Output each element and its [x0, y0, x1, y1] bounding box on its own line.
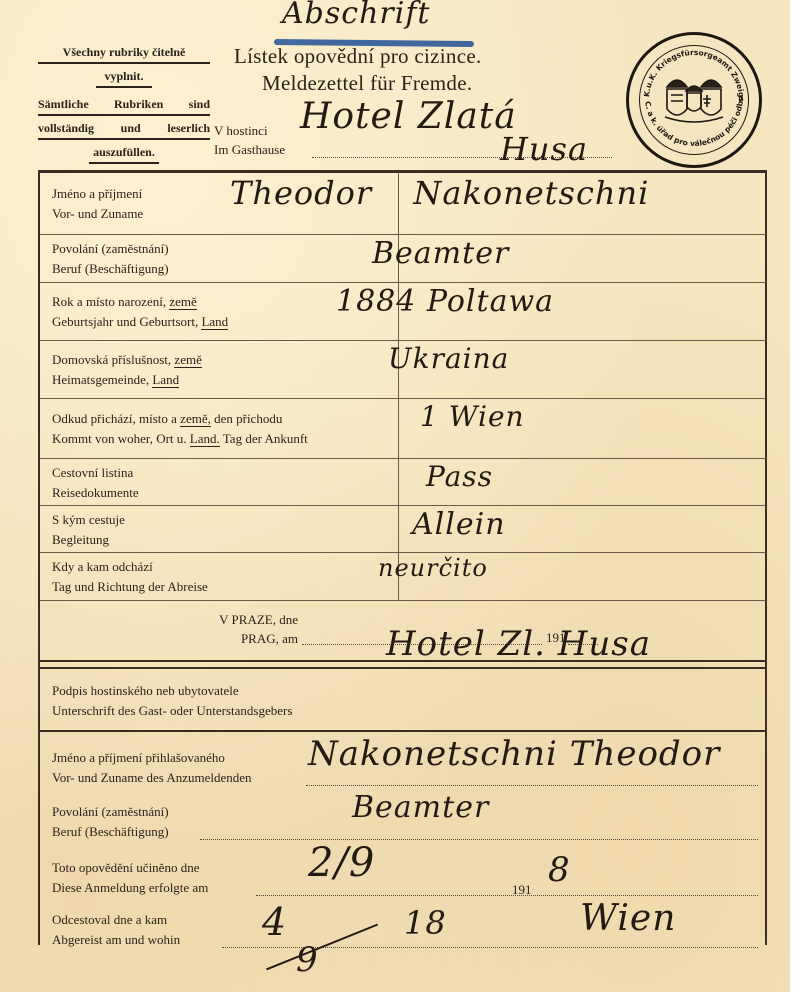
row-label-cz: S kým cestuje [52, 510, 125, 530]
registration-year-prefix: 191 [512, 882, 532, 898]
row-label: Rok a místo narození, zeměGeburtsjahr un… [52, 292, 228, 332]
row-label-cz-text: Domovská příslušnost, [52, 352, 174, 367]
lower-name-value: Nakonetschni Theodor [308, 734, 720, 774]
row-label-de-text: Heimatsgemeinde, [52, 372, 152, 387]
lower-row-label: Jméno a příjmení přihlašovanéhoVor- und … [52, 748, 252, 788]
row-label-de: Heimatsgemeinde, Land [52, 370, 202, 390]
row-divider [40, 282, 766, 283]
row-value-handwritten: 1884 Poltawa [336, 284, 554, 319]
row-label-de: Kommt von woher, Ort u. Land. Tag der An… [52, 429, 308, 449]
lower-row-label-de: Diese Anmeldung erfolgte am [52, 878, 208, 898]
coat-of-arms-seal-icon: K.u.K. Kriegsfürsorgeamt Zweigstelle Pra… [629, 35, 759, 165]
lower-row-label-de: Beruf (Beschäftigung) [52, 822, 169, 842]
row-label: Kdy a kam odcházíTag und Richtung der Ab… [52, 557, 208, 597]
inn-label-cz: V hostinci [214, 121, 285, 140]
lower-occupation-value: Beamter [352, 790, 489, 825]
lower-section-divider [40, 730, 766, 732]
row-label-de: Reisedokumente [52, 483, 139, 503]
lower-row-label-cz: Odcestoval dne a kam [52, 910, 180, 930]
signature-section-label: Podpis hostinského neb ubytovatele Unter… [52, 681, 292, 721]
row-label-cz-underlined: země, [180, 411, 211, 427]
inn-label-de: Im Gasthause [214, 140, 285, 159]
instruction-de-line1: Sämtliche Rubriken sind [38, 94, 210, 116]
row-label-cz: Kdy a kam odchází [52, 557, 208, 577]
departure-year-value: 18 [404, 904, 447, 942]
lower-row-label: Odcestoval dne a kamAbgereist am und woh… [52, 910, 180, 950]
row-label-de: Vor- und Zuname [52, 204, 143, 224]
row-value-handwritten: Beamter [372, 236, 509, 271]
lower-row-label-cz: Jméno a příjmení přihlašovaného [52, 748, 252, 768]
row-label-cz-underlined: země [169, 294, 196, 310]
registration-form-page: Abschrift Všechny rubriky čitelně vyplni… [0, 0, 790, 992]
row-label-de-text: Geburtsjahr und Geburtsort, [52, 314, 201, 329]
row-label-cz: Jméno a příjmení [52, 184, 143, 204]
lower-row-label: Toto opovědění učiněno dneDiese Anmeldun… [52, 858, 208, 898]
row-label: Povolání (zaměstnání)Beruf (Beschäftigun… [52, 239, 169, 279]
lower-row-dotted-line [200, 839, 758, 840]
registration-date-value: 2/9 [308, 840, 375, 886]
row-value-handwritten: Allein [412, 507, 506, 542]
row-value-handwritten: Pass [426, 460, 493, 493]
registration-year-suffix: 8 [548, 850, 571, 890]
table-top-border [38, 170, 766, 173]
row-divider [40, 600, 766, 601]
instruction-de-line2: vollständig und leserlich [38, 118, 210, 140]
row-label: Cestovní listinaReisedokumente [52, 463, 139, 503]
section-double-line-top [40, 660, 766, 662]
place-date-label-cz: V PRAZE, dne [192, 610, 298, 629]
section-double-line-bottom [40, 667, 766, 669]
title-cz: Lístek opovědní pro cizince. [234, 44, 482, 69]
row-label: S kým cestujeBegleitung [52, 510, 125, 550]
row-label-de-underlined: Land [152, 372, 179, 388]
row-value-handwritten: Theodor Nakonetschni [230, 174, 649, 212]
place-date-label-de: PRAG, am [192, 629, 298, 648]
row-label-cz-suffix: den příchodu [211, 411, 282, 426]
row-divider [40, 398, 766, 399]
official-stamp: K.u.K. Kriegsfürsorgeamt Zweigstelle Pra… [626, 32, 762, 168]
instruction-cz-line1: Všechny rubriky čitelně [38, 42, 210, 64]
lower-row-dotted-line [256, 895, 758, 896]
row-divider [40, 458, 766, 459]
row-label: Jméno a příjmeníVor- und Zuname [52, 184, 143, 224]
row-label-de-underlined: Land [201, 314, 228, 330]
lower-row-label-de: Vor- und Zuname des Anzumeldenden [52, 768, 252, 788]
title-de: Meldezettel für Fremde. [262, 71, 472, 96]
row-label: Odkud přichází, místo a země, den přícho… [52, 409, 308, 449]
row-value-handwritten: neurčito [378, 554, 488, 582]
inn-label: V hostinci Im Gasthause [214, 121, 285, 159]
departure-day-value: 4 [262, 900, 287, 944]
table-left-border [38, 170, 40, 945]
place-date-label: V PRAZE, dne PRAG, am [192, 610, 298, 648]
lower-row-label-de: Abgereist am und wohin [52, 930, 180, 950]
lower-row-dotted-line [306, 785, 758, 786]
row-label-cz-underlined: země [174, 352, 201, 368]
lower-row-label: Povolání (zaměstnání)Beruf (Beschäftigun… [52, 802, 169, 842]
row-label-de-underlined: Land. [190, 431, 220, 447]
row-label-de-suffix: Tag der Ankunft [220, 431, 308, 446]
signature-label-cz: Podpis hostinského neb ubytovatele [52, 681, 292, 701]
row-divider [40, 552, 766, 553]
lower-row-label-cz: Toto opovědění učiněno dne [52, 858, 208, 878]
departure-month-value: 9 [296, 940, 319, 980]
row-label-de: Begleitung [52, 530, 125, 550]
table-right-border [765, 170, 767, 945]
instructions-block: Všechny rubriky čitelně vyplnit. Sämtlic… [38, 42, 210, 164]
row-divider [40, 234, 766, 235]
row-value-handwritten: Ukraina [388, 342, 509, 375]
row-label-de-text: Kommt von woher, Ort u. [52, 431, 190, 446]
row-label-cz: Odkud přichází, místo a země, den přícho… [52, 409, 308, 429]
inn-value-line1: Hotel Zlatá [300, 96, 517, 137]
inn-value-line2: Husa [500, 130, 588, 168]
row-label-cz: Cestovní listina [52, 463, 139, 483]
row-label-de: Beruf (Beschäftigung) [52, 259, 169, 279]
lower-row-label-cz: Povolání (zaměstnání) [52, 802, 169, 822]
copy-mark: Abschrift [282, 0, 430, 31]
hotel-signature: Hotel Zl. Husa [386, 624, 651, 664]
row-label-cz: Domovská příslušnost, země [52, 350, 202, 370]
instruction-cz-line2: vyplnit. [96, 66, 151, 88]
row-label-de: Geburtsjahr und Geburtsort, Land [52, 312, 228, 332]
row-divider [40, 505, 766, 506]
row-label-cz-text: Odkud přichází, místo a [52, 411, 180, 426]
row-label-de: Tag und Richtung der Abreise [52, 577, 208, 597]
row-divider [40, 340, 766, 341]
departure-place-value: Wien [580, 898, 676, 939]
row-label-cz: Rok a místo narození, země [52, 292, 228, 312]
row-label-cz: Povolání (zaměstnání) [52, 239, 169, 259]
signature-label-de: Unterschrift des Gast- oder Unterstandsg… [52, 701, 292, 721]
row-label: Domovská příslušnost, zeměHeimatsgemeind… [52, 350, 202, 390]
row-value-handwritten: 1 Wien [420, 400, 525, 433]
row-label-cz-text: Rok a místo narození, [52, 294, 169, 309]
instruction-de-line3: auszufüllen. [89, 142, 159, 164]
